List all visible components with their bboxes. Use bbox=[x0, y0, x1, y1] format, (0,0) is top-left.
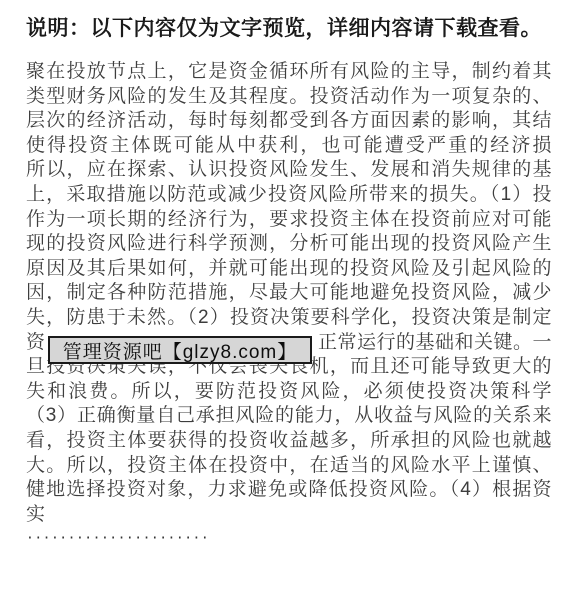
text-line: 使得投资主体既可能从中获利，也可能遭受严重的经济损失。 bbox=[26, 134, 552, 159]
text-line: 作为一项长期的经济行为，要求投资主体在投资前应对可能出 bbox=[26, 208, 552, 233]
text-line: 现的投资风险进行科学预测，分析可能出现的投资风险产生的 bbox=[26, 232, 552, 257]
document-preview-page: 说明：以下内容仅为文字预览，详细内容请下载查看。 聚在投放节点上，它是资金循环所… bbox=[0, 0, 578, 600]
text-line: 因，制定各种防范措施，尽最大可能地避免投资风险，减少损 bbox=[26, 281, 552, 306]
text-line: 所以，应在探索、认识投资风险发生、发展和消失规律的基础 bbox=[26, 158, 552, 183]
text-line: 看，投资主体要获得的投资收益越多，所承担的风险也就越 bbox=[26, 429, 552, 454]
masked-line-visible-start: 资 bbox=[26, 332, 46, 353]
text-line: 聚在投放节点上，它是资金循环所有风险的主导，制约着其他 bbox=[26, 60, 552, 85]
truncation-dots: ······················ bbox=[26, 527, 552, 552]
text-line: 失，防患于未然。（2）投资决策要科学化，投资决策是制定投 bbox=[26, 306, 552, 331]
text-line: 上，采取措施以防范或减少投资风险所带来的损失。（1）投资 bbox=[26, 183, 552, 208]
preview-notice: 说明：以下内容仅为文字预览，详细内容请下载查看。 bbox=[26, 15, 552, 42]
text-line: 类型财务风险的发生及其程度。投资活动作为一项复杂的、多 bbox=[26, 85, 552, 110]
watermark-text: 管理资源吧【glzy8.com】 bbox=[63, 337, 298, 364]
text-line: 大。所以，投资主体在投资中，在适当的风险水平上谨慎、稳 bbox=[26, 454, 552, 479]
text-line: 失和浪费。所以，要防范投资风险，必须使投资决策科学化。 bbox=[26, 380, 552, 405]
text-line: 健地选择投资对象，力求避免或降低投资风险。（4）根据资金 bbox=[26, 478, 552, 503]
text-line: 实 bbox=[26, 503, 552, 528]
text-line: 层次的经济活动，每时每刻都受到各方面因素的影响，其结果 bbox=[26, 109, 552, 134]
text-line: 原因及其后果如何，并就可能出现的投资风险及引起风险的原 bbox=[26, 257, 552, 282]
masked-line-visible-end: 正常运行的基础和关键。一 bbox=[318, 331, 552, 356]
text-line: （3）正确衡量自己承担风险的能力，从收益与风险的关系来 bbox=[26, 404, 552, 429]
watermark-badge: 管理资源吧【glzy8.com】 bbox=[48, 336, 312, 364]
document-body: 聚在投放节点上，它是资金循环所有风险的主导，制约着其他 类型财务风险的发生及其程… bbox=[26, 60, 552, 552]
